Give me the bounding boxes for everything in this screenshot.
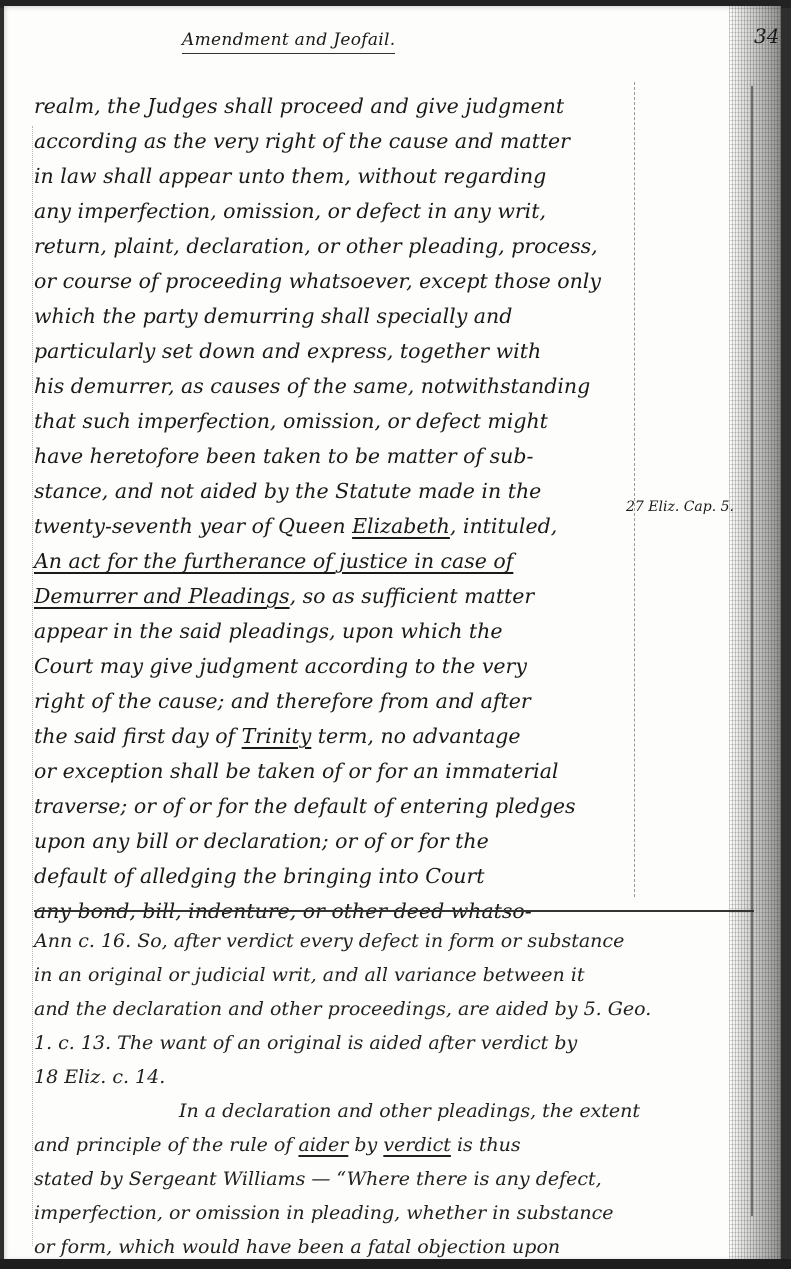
text-line: Court may give judgment according to the… — [34, 656, 527, 677]
text-line: that such imperfection, omission, or def… — [34, 411, 548, 432]
scan-bottom-edge — [0, 1259, 791, 1269]
footnote-line: and principle of the rule of aider by ve… — [34, 1136, 521, 1155]
left-margin-rule — [32, 126, 33, 1246]
text-line: right of the cause; and therefore from a… — [34, 691, 531, 712]
text-line: have heretofore been taken to be matter … — [34, 446, 533, 467]
text-line: any imperfection, omission, or defect in… — [34, 201, 546, 222]
text-line: return, plaint, declaration, or other pl… — [34, 236, 598, 257]
footnote-line: in an original or judicial writ, and all… — [34, 966, 584, 985]
footnote-line: 18 Eliz. c. 14. — [34, 1068, 165, 1087]
footnote-line: imperfection, or omission in pleading, w… — [34, 1204, 614, 1223]
underlined-act-title: An act for the furtherance of justice in… — [34, 549, 513, 573]
text-segment: by — [348, 1134, 383, 1156]
text-line: the said first day of Trinity term, no a… — [34, 726, 521, 747]
text-line: or exception shall be taken of or for an… — [34, 761, 558, 782]
underlined-act-title-end: Demurrer and Pleadings — [34, 584, 290, 608]
text-segment: the said first day of — [34, 724, 242, 748]
underlined-word-aider: aider — [298, 1134, 348, 1156]
underlined-name-elizabeth: Elizabeth — [352, 514, 450, 538]
margin-citation-note: 27 Eliz. Cap. 5. — [626, 499, 734, 515]
text-line: traverse; or of or for the default of en… — [34, 796, 576, 817]
main-text-block: realm, the Judges shall proceed and give… — [34, 82, 635, 897]
text-segment: is thus — [451, 1134, 521, 1156]
footnote-line: and the declaration and other proceeding… — [34, 1000, 651, 1019]
text-line: particularly set down and express, toget… — [34, 341, 541, 362]
footnote-paragraph-start: In a declaration and other pleadings, th… — [179, 1102, 640, 1121]
text-segment: term, no advantage — [311, 724, 520, 748]
text-segment: and principle of the rule of — [34, 1134, 298, 1156]
footnote-line: stated by Sergeant Williams — “Where the… — [34, 1170, 602, 1189]
text-line: Demurrer and Pleadings, so as sufficient… — [34, 586, 534, 607]
text-segment: , intituled, — [450, 514, 557, 538]
footnote-line: 1. c. 13. The want of an original is aid… — [34, 1034, 577, 1053]
page-gutter-shadow — [729, 6, 781, 1261]
scanned-manuscript-page: Amendment and Jeofail. 34 realm, the Jud… — [0, 0, 791, 1269]
text-line: twenty-seventh year of Queen Elizabeth, … — [34, 516, 557, 537]
text-line: which the party demurring shall speciall… — [34, 306, 512, 327]
text-line: realm, the Judges shall proceed and give… — [34, 96, 564, 117]
page-title: Amendment and Jeofail. — [182, 30, 395, 54]
underlined-term-trinity: Trinity — [242, 724, 312, 748]
text-line: in law shall appear unto them, without r… — [34, 166, 546, 187]
footnote-divider-rule — [34, 910, 754, 912]
text-line: upon any bill or declaration; or of or f… — [34, 831, 489, 852]
gutter-binding-line — [751, 86, 753, 1216]
manuscript-page: Amendment and Jeofail. 34 realm, the Jud… — [4, 6, 781, 1261]
text-line: according as the very right of the cause… — [34, 131, 570, 152]
footnote-line: Ann c. 16. So, after verdict every defec… — [34, 932, 624, 951]
text-segment: twenty-seventh year of Queen — [34, 514, 352, 538]
text-line: stance, and not aided by the Statute mad… — [34, 481, 541, 502]
text-line: or course of proceeding whatsoever, exce… — [34, 271, 601, 292]
page-number: 34 — [754, 24, 779, 48]
text-line: his demurrer, as causes of the same, not… — [34, 376, 590, 397]
text-line: default of alledging the bringing into C… — [34, 866, 485, 887]
underlined-word-verdict: verdict — [383, 1134, 451, 1156]
text-segment: , so as sufficient matter — [290, 584, 535, 608]
text-line: appear in the said pleadings, upon which… — [34, 621, 503, 642]
footnote-line: or form, which would have been a fatal o… — [34, 1238, 560, 1257]
text-line: An act for the furtherance of justice in… — [34, 551, 513, 572]
